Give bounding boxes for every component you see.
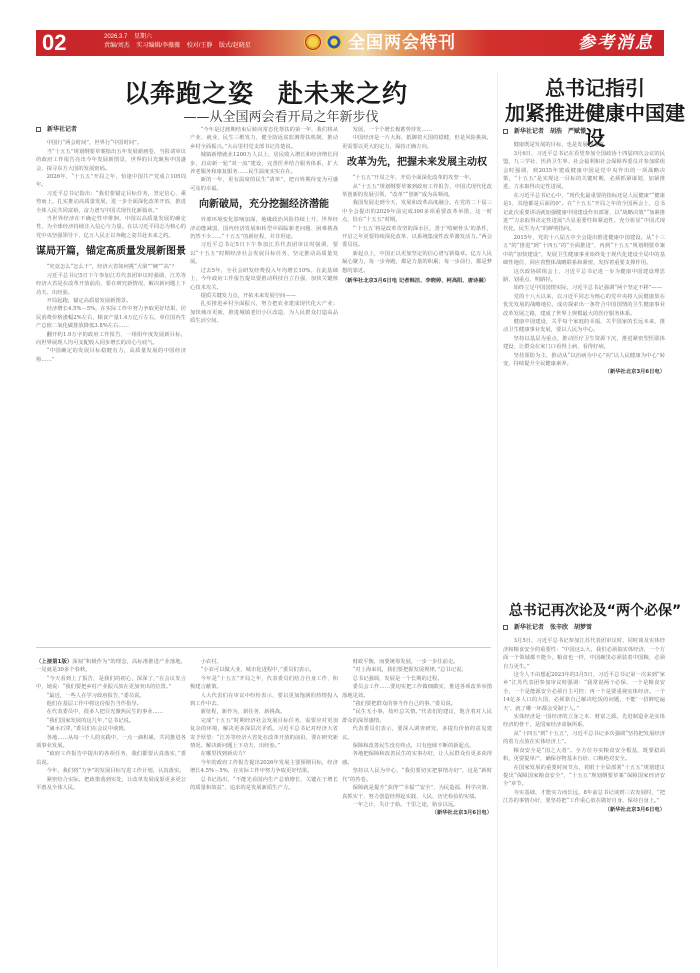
byline-author: 胡梦雪 [574,624,592,631]
paragraph: 总书记指出，“不能光看国内生产总值增长，关键在于增长的质量和效益”，追求的是发展… [190,776,338,793]
dateline: （新华社北京3月6日电） [503,368,665,376]
byline: 新华社记者 [36,126,186,134]
main-article-column-2: “今年是过渡期结束后转向常态化帮扶的第一年，我们将从产业、就业、民生三维发力，健… [190,126,338,326]
national-emblem-icon [304,33,322,51]
paragraph: 小农村。 [190,658,338,666]
byline-agency: 新华社记者 [514,128,544,135]
paragraph: “究竟怎么“怎么干”，经济大省如何挑“大梁”“硬”“高”？ [36,263,186,271]
paragraph: 坚持预防为主，推动从“以治病为中心”向“以人民健康为中心”转变，持续提升全民健康… [503,352,665,369]
paragraph: 这令人不由想起2023年的3月5日，习近平总书记第一次来到“家乡”江苏代表团参加… [503,671,665,713]
paragraph: 今年的政府工作报告提出2026年发展主要预期目标，经济增长4.5%－5%，在实际… [190,759,338,776]
paragraph: 人大代表们在审议中纷纷表示，要以更加饱满的热情投入到工作中去。 [190,692,338,709]
paragraph: “我们国家发展的这几年，”总书记说。 [36,717,186,725]
paragraph: “十五五”开局之年，开局全面深化改革的攻坚一年。 [342,174,492,182]
paragraph: 今年是“十五五”开局之年，代表委员们结合自身工作，积极建言献策。 [190,675,338,692]
cppcc-emblem-icon [325,33,343,51]
main-headline: 以奔跑之姿赴未来之约 [36,74,496,110]
paragraph: 一年之计，失计于始。千里之途，始步以远。 [342,801,492,809]
sidebar-article-2-title: 总书记再次论及“两个必保” [505,601,685,621]
headline-part-2: 赴未来之约 [278,79,408,108]
paragraph: 中国经济是一片大海，抵御着大国的稳健，但是风险挑战，更需要以更大的定力，保持正确… [342,134,492,151]
paragraph: 习近平总书记5日下午参加江苏代表团审议时强调，要以“十五五”时期经济社会发展目标… [190,241,338,266]
editor-credit: 责编/刘杰 [104,43,130,49]
paragraph: 粮食安全是“国之大者”。全方位夯实粮食安全根基，既要稳面积，更要提单产，确保谷物… [503,747,665,764]
paragraph: 始终立足中国国情实际，习近平总书记强调“两个坚定不移”—— [503,284,665,292]
paragraph: 我国发展走到今天，发展和改革高度融合。在党的二十届三中全会提出的2029年前完成… [342,199,492,224]
paragraph: 完成“十五五”时期经济社会发展目标任务，需要应对更加复杂的环境，解决更多深层次矛… [190,717,338,751]
section-title: 全国两会特刊 [348,32,456,54]
paragraph: “最近，一些人在学习政府报告，”委员说。 [36,692,186,700]
paragraph: “今天看到上了报告，是我们的初心，深深了，”在会议发言中，她说：“我们要把乡村产… [36,675,186,692]
paragraph: 翻开约1.9万字的政府工作报告，一组组年度发展新目标，向世界展现人均可支配收入同… [36,331,186,348]
paragraph: 保障就是提升“获得”“幸福”“安全”，为民造福、科学决策、真抓实干，努力创造经得… [342,784,492,801]
paragraph: 新征程，新作为，新任务，新挑战。 [190,708,338,716]
issue-date: 2026.3.7 [104,34,127,40]
dateline: （新华社北京3月6日电） [342,809,492,817]
byline-author: 张辛欣 [550,624,568,631]
editor-credit: 版式/赵晓星 [219,43,251,49]
continuation-column-3: 财政平衡，而要统筹发展，一步一步往前走。 “对上海来说，我们要把握发展规律，”总… [342,658,492,818]
byline-agency: 新华社记者 [514,624,544,631]
paragraph: 他们在基层工作中将这份报告当作指导。 [36,700,186,708]
byline-author: 严赋憬 [568,128,586,135]
paragraph: 外部环境变化影响加深，地缘政治风险持续上升，世界经济动能减弱，国内经济发展和转型… [190,216,338,241]
headline-part-1: 以奔跑之姿 [124,79,254,108]
paragraph: 过去5年，全社会研发经费投入年均增长10%。在此基础上，今年政府工作报告提出要推… [190,267,338,292]
sidebar-article-1-body: 新华社记者胡浩严赋憬 健康既是发展的目标，也是发展的支撑。 3月6日，习近平总书… [503,128,665,377]
paragraph: 保障和改善民生没有终点，只有连续不断的新起点。 [342,742,492,750]
paragraph: 中国行“两会时间”，世界行“中国时间”。 [36,139,186,147]
section-heading: 改革为先，把握未来发展主动权 [342,157,492,169]
paragraph: “‘十五五’将是改革攻坚的深水区，善于‘啃硬骨头’的条件，开启之年更要持续深化改… [342,225,492,250]
main-article-column-1: 新华社记者 中国行“两会时间”，世界行“中国时间”。 当“十五五”规划纲要草案绘… [36,126,186,364]
dateline: （新华社北京3月6日电） [503,806,665,814]
title-line-1: 总书记指引 [505,76,685,101]
paragraph: 财政平衡，而要统筹发展，一步一步往前走。 [342,658,492,666]
editor-credit: 实习编辑/李薇薇 [136,43,180,49]
continuation-lead: （上接第1版） [36,659,72,665]
paragraph: 这次政协联组会上，习近平总书记进一步为健康中国建设理思路、划重点、明路径。 [503,268,665,285]
paragraph: “民生无小事，枝叶总关情。”代表们的建议，饱含着对人民群众的深厚感情。 [342,708,492,725]
paragraph: 健康中国建设，关乎每个家庭的幸福，关乎国家的长远未来，推动卫生健康事业发展，要以… [503,318,665,335]
byline: 新华社记者胡浩严赋憬 [503,128,665,136]
paragraph: 在代表委员中，很多人把目光聚焦民生的事业…… [36,708,186,716]
paragraph: 各地把保障和改善民生的实事办好，让人民群众有更多获得感。 [342,750,492,767]
paragraph: 3月6日，习近平总书记在看望参加全国政协十四届四次会议的民盟、九三学社、医药卫生… [503,150,665,192]
masthead-logo: 参考消息 [578,32,654,54]
paragraph: 2015年，党的十八届五中全会提出推进健康中国建设。从“十三五”的“推进”到“十… [503,234,665,268]
paragraph: 坚持以基层为重点，推动医疗卫生资源下沉，推进紧密型医联体建设，让群众在家门口看得… [503,335,665,352]
paragraph: “政府工作报告中提出的各项任务，我们都要认真落实，”委员说。 [36,750,186,767]
section-heading: 谋局开篇，锚定高质量发展新图景 [36,246,186,258]
paragraph: 从“十五五”规划纲要草案到政府工作报告，中国式现代化改革创新的发展引领，“改革”… [342,183,492,200]
paragraph: 提质关键发力点，开拓未来发展空间—— [190,292,338,300]
paragraph: 总书记强调，发展是一个长期的过程。 [342,675,492,683]
paragraph: 在国家发展的重要时间节点，着眼于全局部署“十五五”规划建议提出“保障国家粮食安全… [503,764,665,789]
paragraph: 各地……从每一个人的实践中，一点一滴积累，共同推进各项事业发展。 [36,734,186,751]
paragraph: 代表委员们表示，要深入调查研究，多提有价值的意见建议。 [342,725,492,742]
paragraph: 当“十五五”规划纲要草案绘出五年发展新画卷，当报请审议的政府工作报告亮出今年发展… [36,148,186,173]
paragraph: 习近平总书记指出：“我们要锚定目标任务，坚定信心、乘势而上，扎实推动高质量发展，… [36,190,186,215]
paragraph: 2026年，“十五五”开局之年，恰逢中国共产党成立105周年。 [36,173,186,190]
paragraph: 委员会工作……要切实把工作做细做实，推进各项改革举措落地见效。 [342,683,492,700]
continuation-column-2: 小农村。 “小农可以做大业，城市化进程中，”委员们表示。 今年是“十五五”开局之… [190,658,338,793]
sidebar-article-2-body: 新华社记者张辛欣胡梦雪 3月5日，习近平总书记参加江苏代表团审议时，同时谈及实体… [503,624,665,814]
paragraph: 在习近平总书记心中，“现代化最重要的指标还是人民健康”“健康是1，其他都是后面的… [503,192,665,234]
byline-agency: 新华社记者 [47,126,77,133]
paragraph: “今年是过渡期结束后转向常态化帮扶的第一年，我们将从产业、就业、民生三维发力，健… [190,126,338,151]
section-heading: 向新破局，充分挖掘经济潜能 [190,199,338,211]
dateline: （新华社北京3月6日电 记者韩洁、李晓婷、柯高阳、唐诗凝） [342,277,492,285]
paragraph: 坚持以人民为中心，“我们要切实把事情办好”，这是“新时代”的答卷。 [342,767,492,784]
paragraph: “滴水石穿。”委员们在会议中谈到。 [36,725,186,733]
paragraph: 在哪里找到新动力？ [190,750,338,758]
paragraph: 新的一年，更有温度的民生“清单”，把百姓期待变为可感可及的幸福。 [190,176,338,193]
paragraph: 今年，我们将“力争”的发展目标写进工作计划，认真落实。 [36,767,186,775]
byline-author: 胡浩 [550,128,562,135]
byline-box-icon [503,129,508,134]
header-banner: 02 2026.3.7 星期六 责编/刘杰 实习编辑/李薇薇 校对/王静 版式/… [36,30,664,56]
paragraph: 当世界经济在不确定性中徘徊，中国以高质量发展的确定性，为全球经济持续注入信心与力… [36,215,186,240]
paragraph: 扎实推进乡村全面振兴，努力把农业建成现代化大产业；加快城市更新，推进城镇老旧小区… [190,300,338,325]
main-subheadline: ——从全国两会看开局之年新步伐 [36,106,496,125]
paragraph: 健康既是发展的目标，也是发展的支撑。 [503,141,665,149]
main-article-column-3: 发展，一个个增长极蓄势待发…… 中国经济是一片大海，抵御着大国的稳健，但是风险挑… [342,126,492,286]
paragraph: 紧密结合实际，把政策落到实处，让改革发展成果更多更公平惠及全体人民。 [36,776,186,793]
emblems [304,33,343,51]
paragraph: 实体经济是一国经济的立身之本、财富之源。先进制造业是实体经济的骨干，是国家经济命… [503,713,665,730]
paragraph: “我们要把群众的事当作自己的事，”委员说。 [342,700,492,708]
issue-meta: 2026.3.7 星期六 责编/刘杰 实习编辑/李薇薇 校对/王静 版式/赵晓星 [104,33,256,51]
byline: 新华社记者张辛欣胡梦雪 [503,624,665,632]
paragraph: 新起点上，中国正以更加坚定的信心谱写新篇章。亿万人民凝心聚力，每一步奔跑，都是力… [342,250,492,275]
byline-box-icon [36,127,41,132]
section-divider [36,647,491,648]
editor-credit: 校对/王静 [187,43,213,49]
paragraph: “中国确定的发展目标稳健有力，高质量发展的中国经济将……” [36,347,186,364]
paragraph: 从“十四五”到“十五五”，习近平总书记多次强调“坚持把发展经济的着力点放在实体经… [503,730,665,747]
paragraph: 习近平总书记5日下午参加江苏代表团审议时强调，江苏等经济大省是在改革开放前沿，要… [36,272,186,297]
paragraph: 党的十八大以来，以习近平同志为核心的党中央将人民健康放在优先发展的战略地位，成功… [503,293,665,318]
issue-weekday: 星期六 [134,34,152,40]
paragraph: 发展，一个个增长极蓄势待发…… [342,126,492,134]
paragraph: 城镇新增就业1200万人以上，居民收入增长和经济增长同步，启动新一轮“双一流”建… [190,151,338,176]
column-divider [497,72,498,967]
continuation-column-1: （上接第1版）深刻“积极作为”的理念，高标准推进产业落地，一晃就是30多个春秋。… [36,658,186,793]
paragraph: 经济增长4.5%－5%，在实际工作中努力争取更好结果，居民消费价格涨幅2%左右，… [36,305,186,330]
paragraph: 夯实基础，才能实力而长远。8年前总书记谈到三农发展时，“把江苏的事情办好，要坚持… [503,789,665,806]
paragraph: “小农可以做大业，城市化进程中，”委员们表示。 [190,666,338,674]
byline-box-icon [503,625,508,630]
page-number: 02 [42,31,66,55]
paragraph: 3月5日，习近平总书记参加江苏代表团审议时，同时谈及实体经济和粮食安全的重要性：… [503,637,665,671]
paragraph: “对上海来说，我们要把握发展规律，”总书记说。 [342,666,492,674]
paragraph: 开局起跑，锚定高质量发展新图景。 [36,297,186,305]
